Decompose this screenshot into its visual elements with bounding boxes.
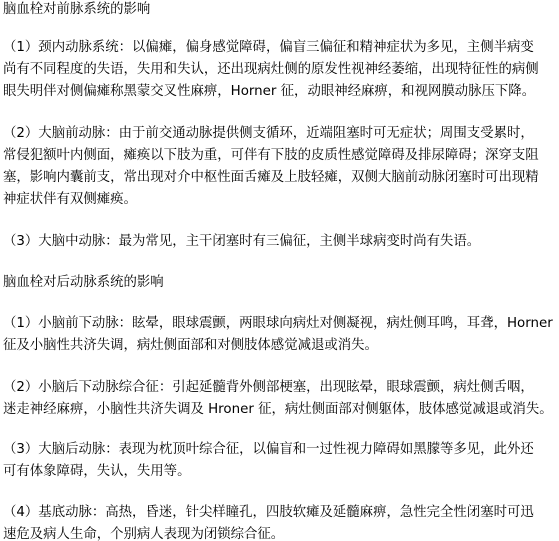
paragraph-line: （3）大脑中动脉：最为常见，主干闭塞时有三偏征，主侧半球病变时尚有失语。 <box>3 232 480 252</box>
paragraph-line: 迷走神经麻痹，小脑性共济失调及 Hroner 征，病灶侧面部对侧躯体，肢体感觉减… <box>3 400 553 420</box>
paragraph-line: （4）基底动脉：高热，昏迷，针尖样瞳孔，四肢软瘫及延髓麻痹，急性完全性闭塞时可迅 <box>3 503 534 523</box>
paragraph-line: 速危及病人生命，个别病人表现为闭锁综合征。 <box>3 525 284 541</box>
section-heading-posterior: 脑血栓对后动脉系统的影响 <box>3 273 164 293</box>
paragraph-line: （2）小脑后下动脉综合征：引起延髓背外侧部梗塞，出现眩晕，眼球震颤，病灶侧舌咽， <box>3 378 534 398</box>
paragraph-line: （3）大脑后动脉：表现为枕顶叶综合征，以偏盲和一过性视力障碍如黑朦等多见，此外还 <box>3 440 534 460</box>
paragraph-line: 可有体象障碍，失认，失用等。 <box>3 462 190 482</box>
section-heading-anterior: 脑血栓对前脉系统的影响 <box>3 0 150 20</box>
paragraph-line: （2）大脑前动脉：由于前交通动脉提供侧支循环，近端阻塞时可无症状；周围支受累时， <box>3 124 534 144</box>
paragraph-line: 眼失明伴对侧偏瘫称黑蒙交叉性麻痹，Horner 征，动眼神经麻痹，和视网膜动脉压… <box>3 82 535 102</box>
paragraph-line: 尚有不同程度的失语，失用和失认，还出现病灶侧的原发性视神经萎缩，出现特征性的病侧 <box>3 60 539 80</box>
paragraph-line: 神症状伴有双侧瘫痪。 <box>3 190 137 210</box>
paragraph-line: （1）颈内动脉系统：以偏瘫，偏身感觉障碍，偏盲三偏征和精神症状为多见，主侧半病变 <box>3 38 534 58</box>
paragraph-line: （1）小脑前下动脉：眩晕，眼球震颤，两眼球向病灶对侧凝视，病灶侧耳鸣，耳聋，Ho… <box>3 314 553 334</box>
paragraph-line: 常侵犯额叶内侧面，瘫痪以下肢为重，可伴有下肢的皮质性感觉障碍及排尿障碍；深穿支阻 <box>3 146 539 166</box>
paragraph-line: 塞，影响内囊前支，常出现对介中枢性面舌瘫及上肢轻瘫，双侧大脑前动脉闭塞时可出现精 <box>3 168 539 188</box>
paragraph-line: 征及小脑性共济失调，病灶侧面部和对侧肢体感觉减退或消失。 <box>3 336 378 356</box>
